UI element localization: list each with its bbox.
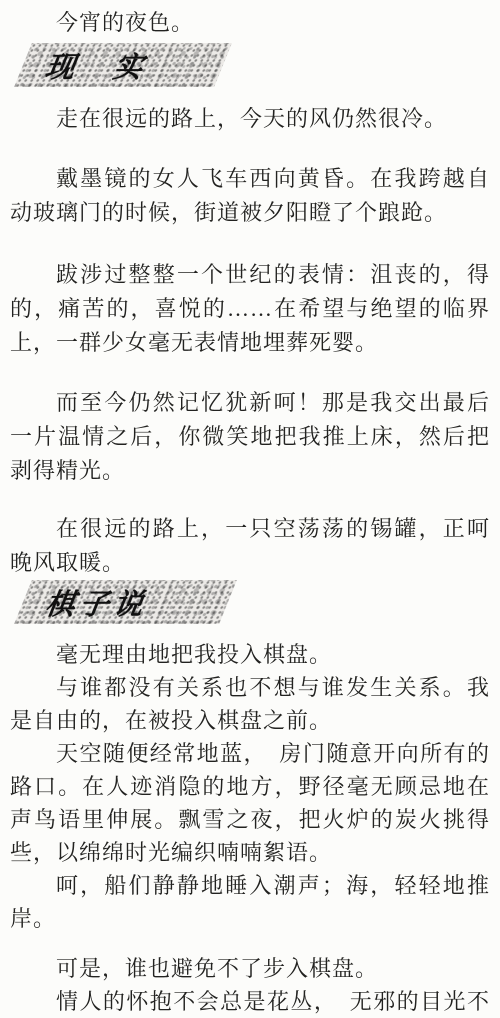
text-line: 晚风取暖。 xyxy=(10,546,490,580)
text-line: 路口。在人迹消隐的地方，野径毫无顾忌地在虫 xyxy=(10,770,490,803)
section-title-chess-piece: 棋子说 xyxy=(15,582,160,623)
section-title-reality: 现 实 xyxy=(15,45,160,86)
paragraph: 天空随便经常地蓝， 房门随意开向所有的 路口。在人迹消隐的地方，野径毫无顾忌地在… xyxy=(10,737,490,869)
text-line: 动玻璃门的时候，街道被夕阳瞪了个踉跄。 xyxy=(10,196,490,230)
text-line: 是自由的，在被投入棋盘之前。 xyxy=(10,704,490,737)
text-line: 天空随便经常地蓝， 房门随意开向所有的 xyxy=(10,737,490,770)
text-line: 而至今仍然记忆犹新呵！那是我交出最后 xyxy=(10,386,490,420)
text-line: 上，一群少女毫无表情地埋葬死婴。 xyxy=(10,326,490,360)
text-line: 一片温情之后，你微笑地把我推上床，然后把我 xyxy=(10,420,490,454)
section-reality: 走在很远的路上，今天的风仍然很冷。 戴墨镜的女人飞车西向黄昏。在我跨越自 动玻璃… xyxy=(10,102,490,580)
text-line: 与谁都没有关系也不想与谁发生关系。我 xyxy=(10,671,490,704)
text-line: 些，以绵绵时光编织喃喃絮语。 xyxy=(10,836,490,869)
text-line: 的，痛苦的，喜悦的……在希望与绝望的临界线 xyxy=(10,292,490,326)
text-line: 在很远的路上，一只空荡荡的锡罐，正呵着 xyxy=(10,512,490,546)
paragraph: 走在很远的路上，今天的风仍然很冷。 xyxy=(10,102,490,136)
text-line: 可是，谁也避免不了步入棋盘。 xyxy=(10,952,490,985)
text-line: 情人的怀抱不会总是花丛， 无邪的目光不 xyxy=(10,985,490,1018)
paragraph: 呵，船们静静地睡入潮声；海，轻轻地推着 岸。 xyxy=(10,869,490,935)
text-line: 跋涉过整整一个世纪的表情：沮丧的，得意 xyxy=(10,258,490,292)
text-line: 呵，船们静静地睡入潮声；海，轻轻地推着 xyxy=(10,869,490,902)
book-page: 今宵的夜色。 现 实 走在很远的路上，今天的风仍然很冷。 戴墨镜的女人飞车西向黄… xyxy=(0,0,500,1018)
text-line: 戴墨镜的女人飞车西向黄昏。在我跨越自 xyxy=(10,162,490,196)
paragraph: 戴墨镜的女人飞车西向黄昏。在我跨越自 动玻璃门的时候，街道被夕阳瞪了个踉跄。 xyxy=(10,162,490,230)
text-line: 剥得精光。 xyxy=(10,454,490,488)
section-chess-piece: 毫无理由地把我投入棋盘。 与谁都没有关系也不想与谁发生关系。我 是自由的，在被投… xyxy=(10,638,490,1018)
paragraph: 而至今仍然记忆犹新呵！那是我交出最后 一片温情之后，你微笑地把我推上床，然后把我… xyxy=(10,386,490,488)
text-line: 毫无理由地把我投入棋盘。 xyxy=(10,638,490,671)
paragraph: 与谁都没有关系也不想与谁发生关系。我 是自由的，在被投入棋盘之前。 xyxy=(10,671,490,737)
paragraph: 可是，谁也避免不了步入棋盘。 xyxy=(10,952,490,985)
paragraph: 在很远的路上，一只空荡荡的锡罐，正呵着 晚风取暖。 xyxy=(10,512,490,580)
paragraph: 情人的怀抱不会总是花丛， 无邪的目光不 xyxy=(10,985,490,1018)
text-line: 声鸟语里伸展。飘雪之夜，把火炉的炭火挑得旺 xyxy=(10,803,490,836)
paragraph: 毫无理由地把我投入棋盘。 xyxy=(10,638,490,671)
text-line: 岸。 xyxy=(10,902,490,935)
paragraph: 跋涉过整整一个世纪的表情：沮丧的，得意 的，痛苦的，喜悦的……在希望与绝望的临界… xyxy=(10,258,490,360)
section-header-chess-piece: 棋子说 xyxy=(14,580,237,624)
intro-text-line: 今宵的夜色。 xyxy=(10,6,490,40)
section-header-reality: 现 实 xyxy=(14,43,232,87)
text-line: 走在很远的路上，今天的风仍然很冷。 xyxy=(10,102,490,136)
